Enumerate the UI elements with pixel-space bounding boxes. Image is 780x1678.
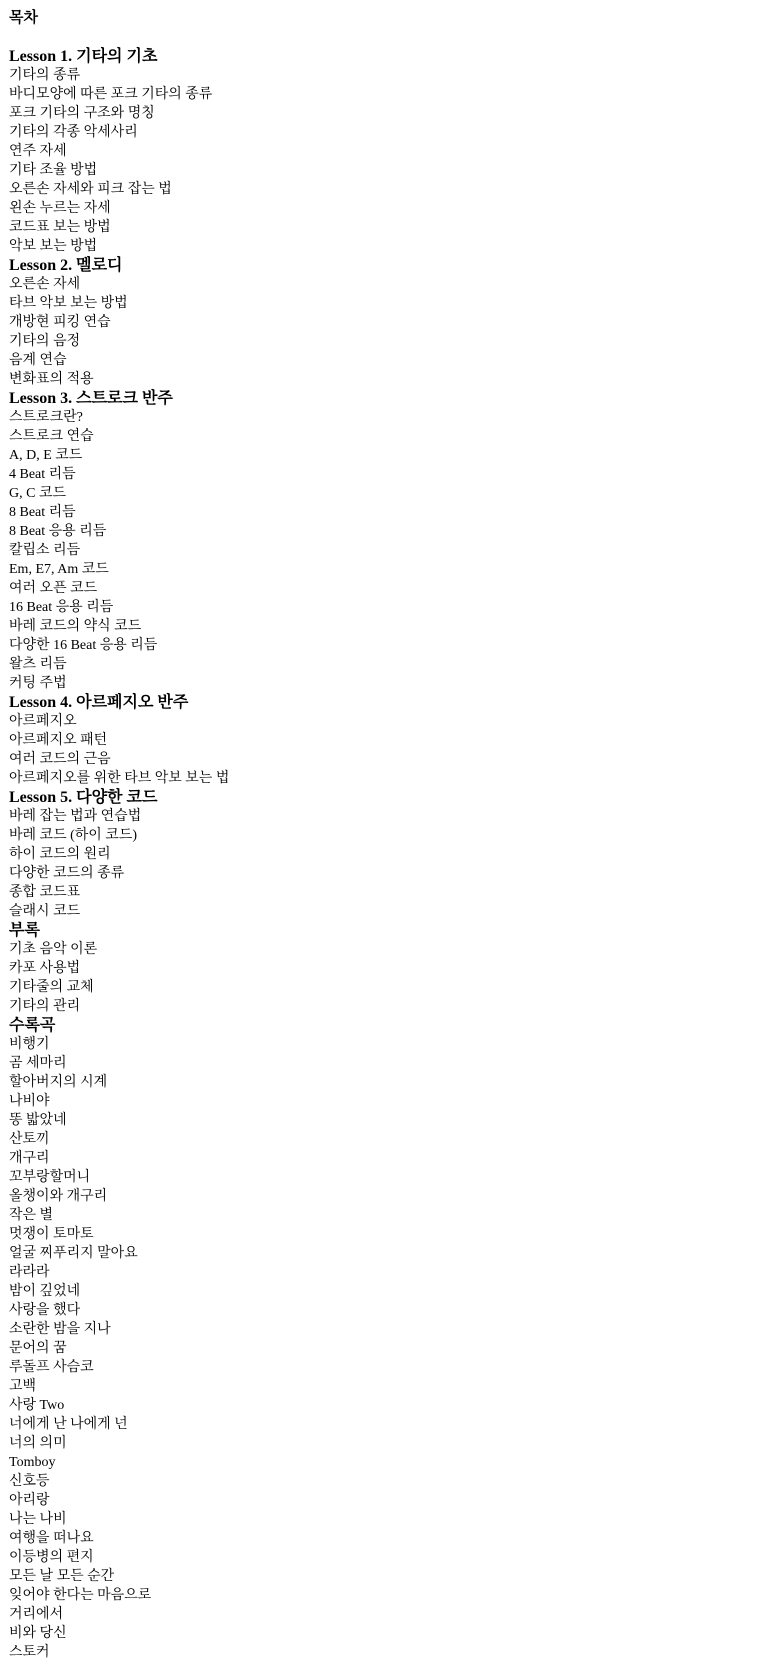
toc-item: 오른손 자세와 피크 잡는 법 [9, 180, 770, 199]
toc-item: 4 Beat 리듬 [9, 465, 770, 484]
toc-item: 스트로크 연습 [9, 427, 770, 446]
toc-item: 소란한 밤을 지나 [9, 1320, 770, 1339]
toc-item: 잊어야 한다는 마음으로 [9, 1586, 770, 1605]
toc-item: 바레 잡는 법과 연습법 [9, 807, 770, 826]
section-heading: Lesson 5. 다양한 코드 [9, 788, 770, 807]
toc-item: 8 Beat 응용 리듬 [9, 522, 770, 541]
toc-item: 아르페지오를 위한 타브 악보 보는 법 [9, 769, 770, 788]
section-heading: 수록곡 [9, 1016, 770, 1035]
toc-item: 개방현 피킹 연습 [9, 313, 770, 332]
toc-item: 칼립소 리듬 [9, 541, 770, 560]
toc-sections: Lesson 1. 기타의 기초기타의 종류바디모양에 따른 포크 기타의 종류… [9, 47, 770, 1662]
toc-item: 똥 밟았네 [9, 1111, 770, 1130]
toc-item: 비행기 [9, 1035, 770, 1054]
toc-item: 16 Beat 응용 리듬 [9, 598, 770, 617]
section-heading: 부록 [9, 921, 770, 940]
toc-item: 비와 당신 [9, 1624, 770, 1643]
toc-item: 변화표의 적용 [9, 370, 770, 389]
toc-item: 커팅 주법 [9, 674, 770, 693]
toc-item: 신호등 [9, 1472, 770, 1491]
toc-item: 타브 악보 보는 방법 [9, 294, 770, 313]
section-heading: Lesson 4. 아르페지오 반주 [9, 693, 770, 712]
toc-item: 아르페지오 [9, 712, 770, 731]
toc-item: 꼬부랑할머니 [9, 1168, 770, 1187]
toc-item: 다양한 코드의 종류 [9, 864, 770, 883]
toc-item: 모든 날 모든 순간 [9, 1567, 770, 1586]
toc-item: 기타의 음정 [9, 332, 770, 351]
toc-item: 8 Beat 리듬 [9, 503, 770, 522]
toc-item: 다양한 16 Beat 응용 리듬 [9, 636, 770, 655]
toc-item: 아르페지오 패턴 [9, 731, 770, 750]
toc-item: 밤이 깊었네 [9, 1282, 770, 1301]
toc-item: G, C 코드 [9, 484, 770, 503]
toc-item: 하이 코드의 원리 [9, 845, 770, 864]
toc-item: 문어의 꿈 [9, 1339, 770, 1358]
toc-item: 왼손 누르는 자세 [9, 199, 770, 218]
toc-item: 너의 의미 [9, 1434, 770, 1453]
toc-item: 올챙이와 개구리 [9, 1187, 770, 1206]
toc-item: 곰 세마리 [9, 1054, 770, 1073]
toc-item: 여행을 떠나요 [9, 1529, 770, 1548]
toc-item: 오른손 자세 [9, 275, 770, 294]
toc-item: 사랑 Two [9, 1396, 770, 1415]
toc-page: 목차 Lesson 1. 기타의 기초기타의 종류바디모양에 따른 포크 기타의… [0, 0, 780, 1662]
toc-item: 바레 코드 (하이 코드) [9, 826, 770, 845]
toc-item: 고백 [9, 1377, 770, 1396]
toc-item: 악보 보는 방법 [9, 237, 770, 256]
toc-item: 아리랑 [9, 1491, 770, 1510]
toc-item: 바디모양에 따른 포크 기타의 종류 [9, 85, 770, 104]
toc-item: 기초 음악 이론 [9, 940, 770, 959]
toc-item: Em, E7, Am 코드 [9, 560, 770, 579]
toc-item: 나비야 [9, 1092, 770, 1111]
toc-item: 왈츠 리듬 [9, 655, 770, 674]
toc-item: 루돌프 사슴코 [9, 1358, 770, 1377]
toc-item: 스토커 [9, 1643, 770, 1662]
toc-item: 개구리 [9, 1149, 770, 1168]
toc-item: 종합 코드표 [9, 883, 770, 902]
toc-item: Tomboy [9, 1453, 770, 1472]
toc-item: 카포 사용법 [9, 959, 770, 978]
section-heading: Lesson 1. 기타의 기초 [9, 47, 770, 66]
toc-item: 기타줄의 교체 [9, 978, 770, 997]
toc-item: 사랑을 했다 [9, 1301, 770, 1320]
toc-item: 여러 코드의 근음 [9, 750, 770, 769]
toc-item: 코드표 보는 방법 [9, 218, 770, 237]
toc-item: 연주 자세 [9, 142, 770, 161]
toc-item: 거리에서 [9, 1605, 770, 1624]
toc-item: 바레 코드의 약식 코드 [9, 617, 770, 636]
toc-item: 기타의 관리 [9, 997, 770, 1016]
toc-item: 기타의 각종 악세사리 [9, 123, 770, 142]
page-title: 목차 [9, 9, 770, 28]
toc-item: 포크 기타의 구조와 명칭 [9, 104, 770, 123]
toc-item: 이등병의 편지 [9, 1548, 770, 1567]
toc-item: 여러 오픈 코드 [9, 579, 770, 598]
toc-item: 슬래시 코드 [9, 902, 770, 921]
toc-item: 작은 별 [9, 1206, 770, 1225]
toc-item: 산토끼 [9, 1130, 770, 1149]
toc-item: 음계 연습 [9, 351, 770, 370]
toc-item: A, D, E 코드 [9, 446, 770, 465]
section-heading: Lesson 2. 멜로디 [9, 256, 770, 275]
toc-item: 얼굴 찌푸리지 말아요 [9, 1244, 770, 1263]
toc-item: 멋쟁이 토마토 [9, 1225, 770, 1244]
toc-item: 할아버지의 시계 [9, 1073, 770, 1092]
toc-item: 스트로크란? [9, 408, 770, 427]
toc-item: 기타의 종류 [9, 66, 770, 85]
toc-item: 나는 나비 [9, 1510, 770, 1529]
section-heading: Lesson 3. 스트로크 반주 [9, 389, 770, 408]
toc-item: 라라라 [9, 1263, 770, 1282]
toc-item: 기타 조율 방법 [9, 161, 770, 180]
toc-item: 너에게 난 나에게 넌 [9, 1415, 770, 1434]
